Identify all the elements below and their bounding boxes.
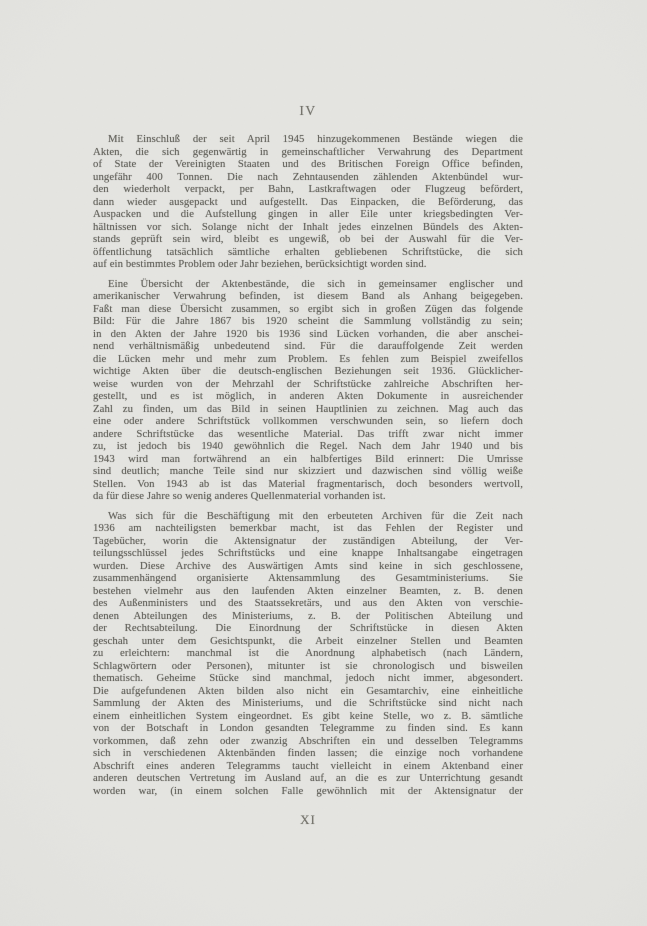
scanned-book-page: IV Mit Einschluß der seit April 1945 hin… <box>0 0 647 926</box>
text-line: stands geprüft sein wird, bleibt es unge… <box>93 233 523 246</box>
page-number: XI <box>93 812 523 827</box>
text-block: Mit Einschluß der seit April 1945 hinzug… <box>93 133 523 804</box>
text-line: 1943 wird man fortwährend an ein halbfer… <box>93 453 523 466</box>
text-line: of State der Vereinigten Staaten und des… <box>93 158 523 171</box>
text-line: amerikanischer Verwahrung befinden, ist … <box>93 290 523 303</box>
text-line: des Außenministers und des Staatssekretä… <box>93 597 523 610</box>
text-line: Tagebücher, worin die Aktensignatur der … <box>93 535 523 548</box>
text-line: Abschrift eines anderen Telegramms tauch… <box>93 760 523 773</box>
text-line: die Lücken mehr und mehr zum Problem. Es… <box>93 353 523 366</box>
text-line: Mit Einschluß der seit April 1945 hinzug… <box>93 133 523 146</box>
paragraph: Mit Einschluß der seit April 1945 hinzug… <box>93 133 523 271</box>
text-line: Akten, die sich gegenwärtig in gemeinsch… <box>93 146 523 159</box>
text-line: Eine Übersicht der Aktenbestände, die si… <box>93 278 523 291</box>
text-line: Die aufgefundenen Akten bilden also nich… <box>93 685 523 698</box>
text-line: teilungsschlüssel jedes Schriftstücks un… <box>93 547 523 560</box>
text-line: zu, ist jedoch bis 1940 gewöhnlich die R… <box>93 440 523 453</box>
text-line: Was sich für die Beschäftigung mit den e… <box>93 510 523 523</box>
text-line: Schlagwörtern oder Personen), mitunter i… <box>93 660 523 673</box>
text-line: Sammlung der Akten des Ministeriums, und… <box>93 697 523 710</box>
text-line: Faßt man diese Übersicht zusammen, so er… <box>93 303 523 316</box>
text-line: öffentlichung tatsächlich sämtliche erha… <box>93 246 523 259</box>
text-line: nend verhältnismäßig unbedeutend sind. F… <box>93 340 523 353</box>
text-line: wurden. Diese Archive des Auswärtigen Am… <box>93 560 523 573</box>
text-line: worden war, (in einem solchen Falle gewö… <box>93 785 523 798</box>
text-line: 1936 am nachteiligsten bemerkbar macht, … <box>93 522 523 535</box>
text-line: der Rechtsabteilung. Die Einordnung der … <box>93 622 523 635</box>
text-line: von der Botschaft in London gesandten Te… <box>93 722 523 735</box>
paragraph: Eine Übersicht der Aktenbestände, die si… <box>93 278 523 503</box>
text-line: anderen deutschen Vertretung im Ausland … <box>93 772 523 785</box>
text-line: Zahl zu finden, um das Bild in seinen Ha… <box>93 403 523 416</box>
text-line: andere Schriftstücke das wesentliche Mat… <box>93 428 523 441</box>
text-line: bestehen vielmehr aus den laufenden Akte… <box>93 585 523 598</box>
text-line: Stellen. Von 1943 ab ist das Material fr… <box>93 478 523 491</box>
text-line: sich in verschiedenen Aktenbänden finden… <box>93 747 523 760</box>
text-line: eine oder andere Schriftstück vollkommen… <box>93 415 523 428</box>
text-line: sind deutlich; manche Teile sind nur ski… <box>93 465 523 478</box>
paragraph: Was sich für die Beschäftigung mit den e… <box>93 510 523 798</box>
text-line: da für diese Jahre so wenig anderes Quel… <box>93 490 523 503</box>
text-line: den wiederholt verpackt, per Bahn, Lastk… <box>93 183 523 196</box>
text-line: dann wieder ausgepackt und aufgestellt. … <box>93 196 523 209</box>
text-line: zusammenhängend organisierte Aktensammlu… <box>93 572 523 585</box>
section-numeral: IV <box>93 103 523 118</box>
text-line: zu erleichtern: manchmal ist die Anordnu… <box>93 647 523 660</box>
text-line: gestellt, und es ist möglich, in anderen… <box>93 390 523 403</box>
text-line: geschah unter dem Gesichtspunkt, die Arb… <box>93 635 523 648</box>
text-line: in den Akten der Jahre 1920 bis 1936 sin… <box>93 328 523 341</box>
text-line: hältnissen vor sich. Solange nicht der I… <box>93 221 523 234</box>
text-line: einem einheitlichen System eingeordnet. … <box>93 710 523 723</box>
text-line: weise wurden von der Mehrzahl der Schrif… <box>93 378 523 391</box>
text-line: denen Abteilungen des Ministeriums, z. B… <box>93 610 523 623</box>
text-line: auf ein bestimmtes Problem oder Jahr bez… <box>93 258 523 271</box>
text-line: ungefähr 400 Tonnen. Die nach Zehntausen… <box>93 171 523 184</box>
text-line: wichtige Akten über die deutsch-englisch… <box>93 365 523 378</box>
text-line: vorkommen, daß zehn oder zwanzig Abschri… <box>93 735 523 748</box>
text-line: thematisch. Geheime Stücke sind manchmal… <box>93 672 523 685</box>
text-line: Auspacken und die Aufstellung gingen in … <box>93 208 523 221</box>
text-line: Bild: Für die Jahre 1867 bis 1920 schein… <box>93 315 523 328</box>
